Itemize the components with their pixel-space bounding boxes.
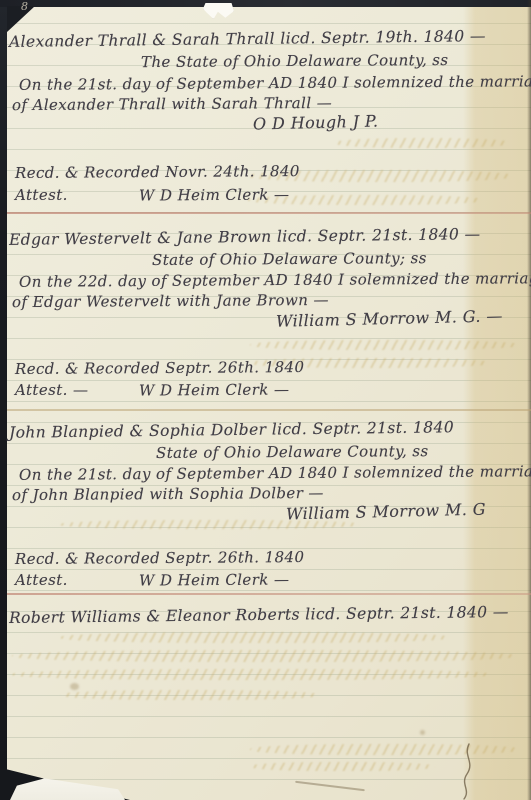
- scan-right-edge: [527, 0, 531, 800]
- entry2-jurisdiction: State of Ohio Delaware County; ss: [152, 249, 427, 269]
- scan-top-edge: [0, 0, 531, 7]
- red-separator-rule-1: [7, 212, 531, 214]
- entry3-body-line2: of John Blanpied with Sophia Dolber —: [12, 484, 324, 504]
- entry3-attest-label: Attest.: [15, 571, 68, 589]
- page-number-mark: 8: [21, 0, 28, 13]
- entry3-jurisdiction: State of Ohio Delaware County, ss: [156, 442, 429, 462]
- entry1-attest-label: Attest.: [15, 186, 68, 204]
- entry1-recorded: Recd. & Recorded Novr. 24th. 1840: [15, 162, 300, 182]
- paper-stain: [70, 683, 79, 690]
- entry1-clerk-signature: W D Heim Clerk —: [139, 185, 289, 204]
- paper-stain: [420, 730, 425, 735]
- entry2-recorded: Recd. & Recorded Septr. 26th. 1840: [15, 358, 305, 378]
- entry2-body-line1: On the 22d. day of September AD 1840 I s…: [19, 269, 531, 291]
- entry2-attest-label: Attest. —: [15, 381, 88, 399]
- paper-tear-mark: [447, 742, 487, 800]
- entry1-jurisdiction: The State of Ohio Delaware County, ss: [141, 51, 449, 71]
- scanned-ledger-screenshot: { "page": { "number_mark": "8", "descrip…: [0, 0, 531, 800]
- entry1-body-line2: of Alexander Thrall with Sarah Thrall —: [12, 94, 332, 114]
- entry1-signature: O D Hough J P.: [253, 111, 379, 133]
- red-separator-rule-2: [7, 593, 531, 595]
- faint-separator-rule: [7, 409, 531, 411]
- entry3-clerk-signature: W D Heim Clerk —: [139, 570, 289, 589]
- entry2-body-line2: of Edgar Westervelt with Jane Brown —: [12, 291, 329, 311]
- entry3-recorded: Recd. & Recorded Septr. 26th. 1840: [15, 548, 305, 568]
- entry1-body-line1: On the 21st. day of September AD 1840 I …: [19, 72, 531, 94]
- entry3-body-line1: On the 21st. day of September AD 1840 I …: [19, 462, 531, 484]
- entry2-clerk-signature: W D Heim Clerk —: [139, 380, 289, 399]
